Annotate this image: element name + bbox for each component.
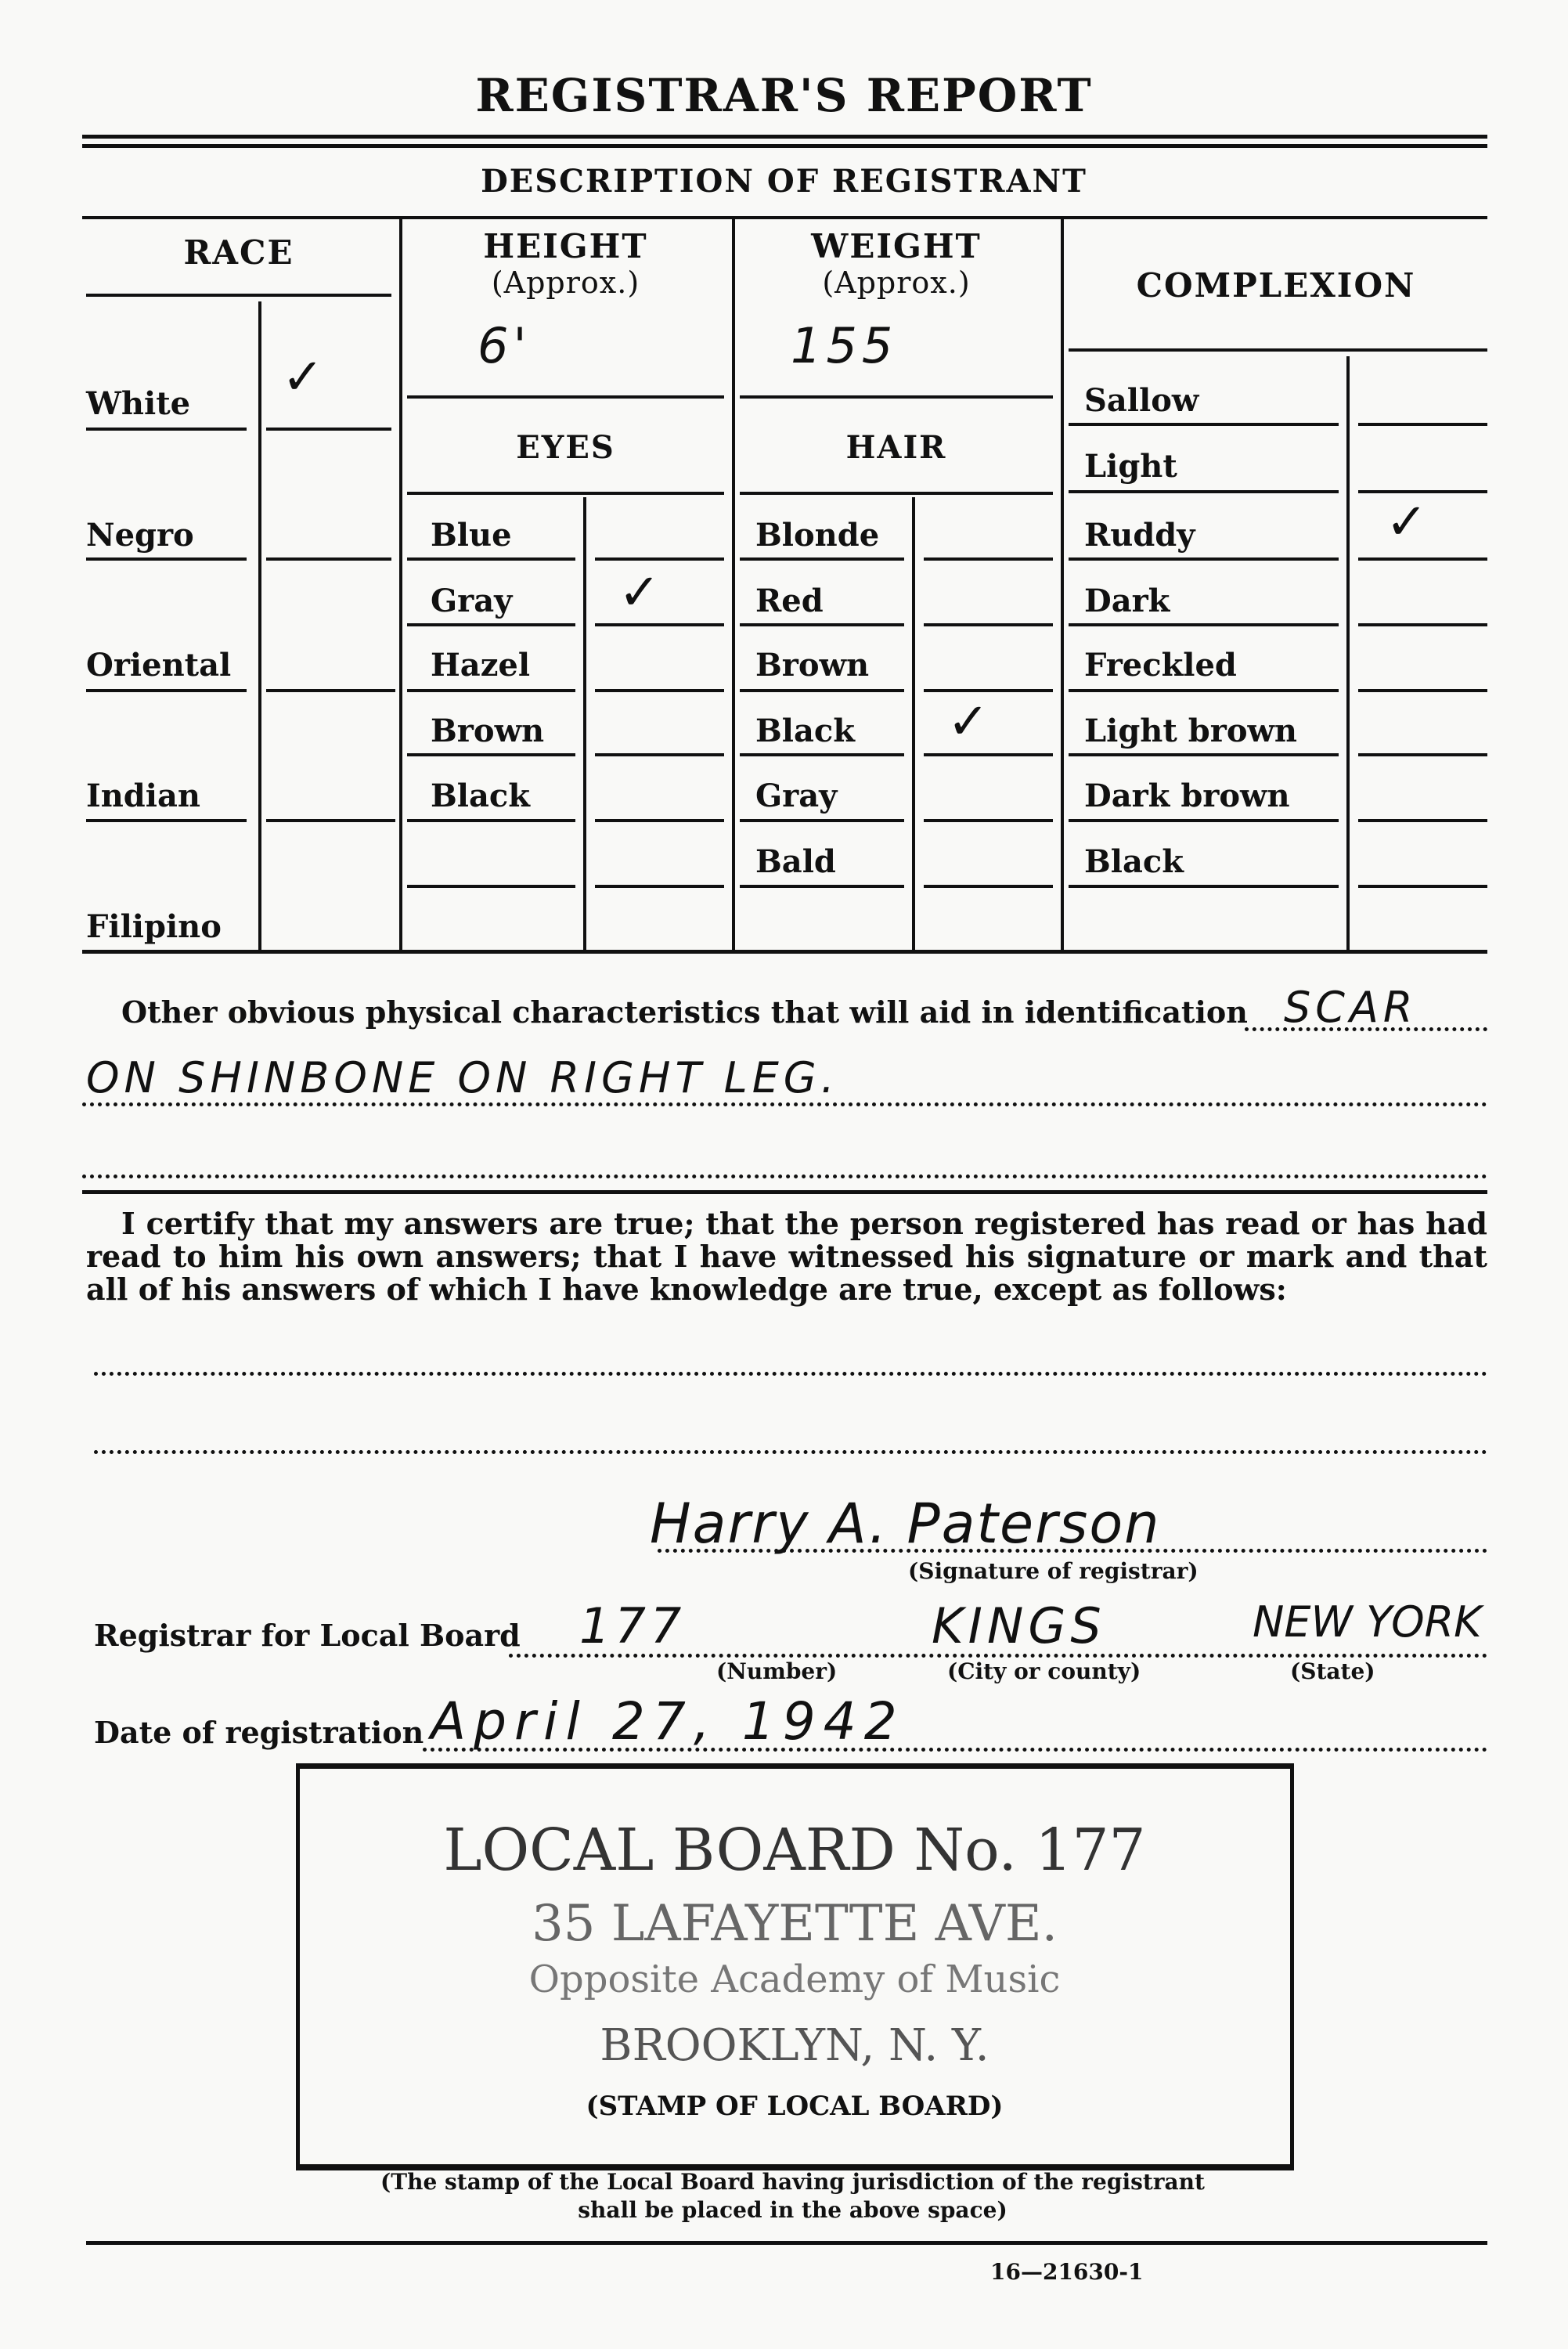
- divider: [258, 301, 261, 951]
- rule: [407, 557, 575, 561]
- rule: [407, 689, 575, 692]
- complexion-black-checkbox[interactable]: [1358, 885, 1487, 888]
- hair-red-label: Red: [755, 583, 824, 619]
- race-white-checkbox[interactable]: ✓: [282, 348, 324, 406]
- eyes-blue-checkbox[interactable]: [595, 557, 724, 561]
- eyes-header: EYES: [407, 429, 724, 466]
- race-oriental-label: Oriental: [86, 647, 231, 684]
- exceptions-line-2[interactable]: [94, 1450, 1487, 1454]
- complexion-dark-brown-label: Dark brown: [1084, 778, 1290, 814]
- local-board-label: Registrar for Local Board: [94, 1619, 521, 1652]
- other-characteristics-value-2[interactable]: ON SHINBONE ON RIGHT LEG.: [86, 1053, 839, 1102]
- rule: [86, 428, 247, 431]
- complexion-ruddy-checkbox[interactable]: ✓: [1386, 493, 1428, 551]
- rule: [86, 819, 247, 822]
- rule: [595, 885, 724, 888]
- complexion-header: COMPLEXION: [1069, 266, 1483, 305]
- complexion-dark-brown-checkbox[interactable]: [1358, 819, 1487, 822]
- number-caption: (Number): [716, 1658, 837, 1684]
- complexion-freckled-label: Freckled: [1084, 647, 1237, 684]
- hair-blonde-label: Blonde: [755, 517, 879, 554]
- race-negro-checkbox[interactable]: [266, 557, 391, 561]
- report-title: REGISTRAR'S REPORT: [0, 69, 1568, 122]
- stamp-line-4: BROOKLYN, N. Y.: [297, 2020, 1292, 2071]
- rule: [407, 819, 575, 822]
- complexion-light-label: Light: [1084, 448, 1177, 485]
- dotted-line: [658, 1549, 1487, 1553]
- rule: [1069, 423, 1339, 426]
- eyes-black-label: Black: [431, 778, 530, 814]
- divider: [399, 219, 402, 951]
- rule: [1069, 753, 1339, 756]
- hair-brown-checkbox[interactable]: [924, 689, 1053, 692]
- rule: [266, 428, 391, 431]
- race-indian-checkbox[interactable]: [266, 819, 395, 822]
- race-white-label: White: [86, 385, 190, 422]
- rule: [740, 885, 904, 888]
- weight-value: 155: [791, 317, 897, 374]
- local-board-number[interactable]: 177: [579, 1597, 686, 1654]
- complexion-sallow-checkbox[interactable]: [1358, 423, 1487, 426]
- rule: [740, 557, 904, 561]
- stamp-caption: (STAMP OF LOCAL BOARD): [297, 2091, 1292, 2122]
- certification-text: I certify that my answers are true; that…: [86, 1207, 1487, 1306]
- local-board-state[interactable]: NEW YORK: [1253, 1597, 1482, 1647]
- divider: [732, 219, 735, 951]
- date-value[interactable]: April 27, 1942: [431, 1691, 905, 1752]
- title-rule: [82, 144, 1487, 148]
- date-label: Date of registration: [94, 1716, 424, 1749]
- rule: [407, 395, 724, 399]
- hair-brown-label: Brown: [755, 647, 869, 684]
- eyes-blue-label: Blue: [431, 517, 512, 554]
- height-value: 6': [478, 317, 532, 374]
- rule: [1069, 689, 1339, 692]
- complexion-freckled-checkbox[interactable]: [1358, 689, 1487, 692]
- exceptions-line-1[interactable]: [94, 1372, 1487, 1376]
- stamp-line-1: LOCAL BOARD No. 177: [297, 1817, 1292, 1884]
- eyes-hazel-label: Hazel: [431, 647, 530, 684]
- form-number: 16—21630-1: [990, 2259, 1143, 2285]
- other-characteristics-value-1[interactable]: SCAR: [1284, 983, 1417, 1032]
- rule: [1069, 557, 1339, 561]
- eyes-brown-label: Brown: [431, 713, 544, 749]
- rule: [740, 492, 1053, 495]
- hair-header: HAIR: [740, 429, 1053, 466]
- city-caption: (City or county): [947, 1658, 1141, 1684]
- race-header: RACE: [86, 233, 391, 272]
- rule: [740, 395, 1053, 399]
- hair-gray-checkbox[interactable]: [924, 819, 1053, 822]
- divider: [912, 497, 915, 951]
- rule: [407, 885, 575, 888]
- rule: [740, 753, 904, 756]
- divider: [1346, 356, 1350, 951]
- registrar-signature[interactable]: Harry A. Paterson: [650, 1492, 1161, 1556]
- hair-gray-label: Gray: [755, 778, 837, 814]
- state-caption: (State): [1290, 1658, 1375, 1684]
- title-rule: [82, 135, 1487, 139]
- rule: [740, 689, 904, 692]
- stamp-line-2: 35 LAFAYETTE AVE.: [297, 1895, 1292, 1953]
- rule: [1069, 819, 1339, 822]
- rule: [595, 623, 724, 626]
- bottom-rule: [86, 2241, 1487, 2245]
- complexion-dark-checkbox[interactable]: [1358, 623, 1487, 626]
- rule: [1358, 557, 1487, 561]
- race-negro-label: Negro: [86, 517, 194, 554]
- other-characteristics-label: Other obvious physical characteristics t…: [121, 996, 1248, 1029]
- dotted-line: [82, 1102, 1487, 1106]
- eyes-black-checkbox[interactable]: [595, 819, 724, 822]
- complexion-black-label: Black: [1084, 843, 1184, 880]
- eyes-gray-label: Gray: [431, 583, 512, 619]
- rule: [407, 492, 724, 495]
- local-board-city[interactable]: KINGS: [932, 1597, 1106, 1654]
- divider: [583, 497, 586, 951]
- stamp-note-1: (The stamp of the Local Board having jur…: [297, 2169, 1288, 2195]
- race-indian-label: Indian: [86, 778, 200, 814]
- complexion-light-brown-label: Light brown: [1084, 713, 1297, 749]
- weight-header: WEIGHT(Approx.): [740, 227, 1053, 300]
- hair-black-label: Black: [755, 713, 855, 749]
- divider: [1061, 219, 1064, 951]
- section-title: DESCRIPTION OF REGISTRANT: [0, 163, 1568, 200]
- rule: [1069, 490, 1339, 493]
- hair-bald-checkbox[interactable]: [924, 885, 1053, 888]
- race-oriental-checkbox[interactable]: [266, 689, 395, 692]
- rule: [1069, 348, 1487, 352]
- hair-bald-label: Bald: [755, 843, 836, 880]
- rule: [86, 294, 391, 297]
- height-header: HEIGHT(Approx.): [407, 227, 724, 300]
- complexion-ruddy-label: Ruddy: [1084, 517, 1195, 554]
- dotted-line: [82, 1174, 1487, 1178]
- rule: [407, 623, 575, 626]
- complexion-dark-label: Dark: [1084, 583, 1170, 619]
- signature-caption: (Signature of registrar): [908, 1558, 1199, 1584]
- rule: [82, 1190, 1487, 1194]
- stamp-note-2: shall be placed in the above space): [297, 2197, 1288, 2223]
- eyes-hazel-checkbox[interactable]: [595, 689, 724, 692]
- rule: [1069, 623, 1339, 626]
- eyes-brown-checkbox[interactable]: [595, 753, 724, 756]
- section-rule: [82, 216, 1487, 219]
- race-filipino-label: Filipino: [86, 908, 222, 945]
- rule: [924, 753, 1053, 756]
- hair-blonde-checkbox[interactable]: [924, 557, 1053, 561]
- stamp-line-3: Opposite Academy of Music: [297, 1957, 1292, 2001]
- rule: [86, 557, 247, 561]
- rule: [86, 689, 247, 692]
- rule: [740, 623, 904, 626]
- hair-red-checkbox[interactable]: [924, 623, 1053, 626]
- table-bottom-rule: [82, 950, 1487, 954]
- rule: [407, 753, 575, 756]
- eyes-gray-checkbox[interactable]: ✓: [618, 564, 661, 622]
- rule: [1069, 885, 1339, 888]
- hair-black-checkbox[interactable]: ✓: [947, 693, 989, 751]
- complexion-sallow-label: Sallow: [1084, 382, 1199, 419]
- complexion-light-brown-checkbox[interactable]: [1358, 753, 1487, 756]
- rule: [740, 819, 904, 822]
